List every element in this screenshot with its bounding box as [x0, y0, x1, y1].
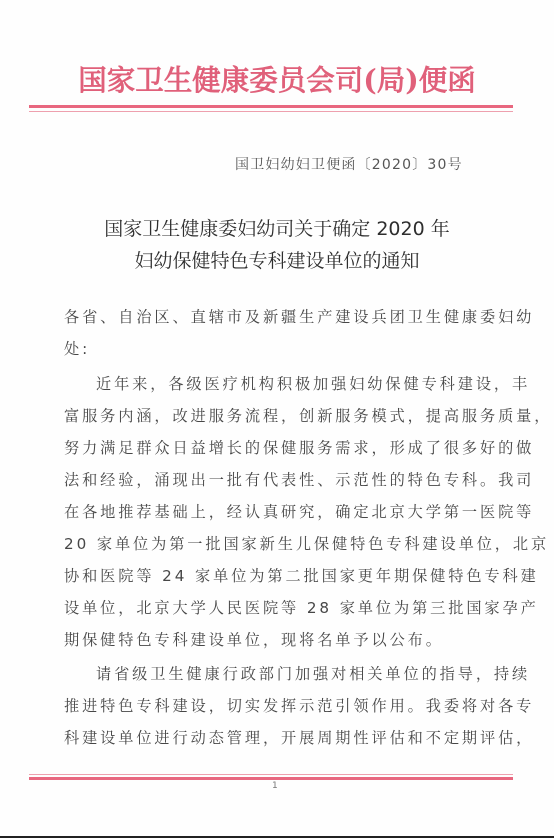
- letterhead-rule-thick: [29, 105, 513, 108]
- document-title-line-1: 国家卫生健康委妇幼司关于确定 2020 年: [0, 214, 554, 241]
- document-page: 国家卫生健康委员会司(局)便函 国卫妇幼妇卫便函〔2020〕30号 国家卫生健康…: [0, 0, 554, 836]
- paragraph-1-line: 设单位，北京大学人民医院等 28 家单位为第三批国家孕产: [64, 597, 539, 618]
- footer-rule-thick: [29, 777, 513, 780]
- paragraph-1-line: 努力满足群众日益增长的保健服务需求，形成了很多好的做: [64, 437, 534, 458]
- addressee-line-2: 处:: [64, 338, 90, 359]
- document-number: 国卫妇幼妇卫便函〔2020〕30号: [235, 154, 463, 174]
- paragraph-1-line: 近年来，各级医疗机构积极加强妇幼保健专科建设，丰: [96, 373, 530, 394]
- letterhead-rule-thin: [29, 111, 513, 112]
- paragraph-2-line: 科建设单位进行动态管理，开展周期性评估和不定期评估，: [64, 727, 534, 748]
- document-title-line-2: 妇幼保健特色专科建设单位的通知: [0, 246, 554, 273]
- paragraph-1-line: 富服务内涵，改进服务流程，创新服务模式，提高服务质量，: [64, 405, 552, 426]
- paragraph-2-line: 请省级卫生健康行政部门加强对相关单位的指导，持续: [96, 663, 530, 684]
- letterhead-title: 国家卫生健康委员会司(局)便函: [0, 58, 554, 99]
- addressee-line-1: 各省、自治区、直辖市及新疆生产建设兵团卫生健康委妇幼: [64, 306, 534, 327]
- page-number: 1: [272, 781, 278, 791]
- paragraph-1-line: 期保健特色专科建设单位，现将名单予以公布。: [64, 629, 444, 650]
- paragraph-1-line: 法和经验，涌现出一批有代表性、示范性的特色专科。我司: [64, 469, 534, 490]
- paragraph-2-line: 推进特色专科建设，切实发挥示范引领作用。我委将对各专: [64, 695, 534, 716]
- paragraph-1-line: 协和医院等 24 家单位为第二批国家更年期保健特色专科建: [64, 565, 539, 586]
- paragraph-1-line: 在各地推荐基础上，经认真研究，确定北京大学第一医院等: [64, 501, 534, 522]
- footer-rule-thin: [29, 774, 513, 775]
- paragraph-1-line: 20 家单位为第一批国家新生儿保健特色专科建设单位，北京: [64, 533, 549, 554]
